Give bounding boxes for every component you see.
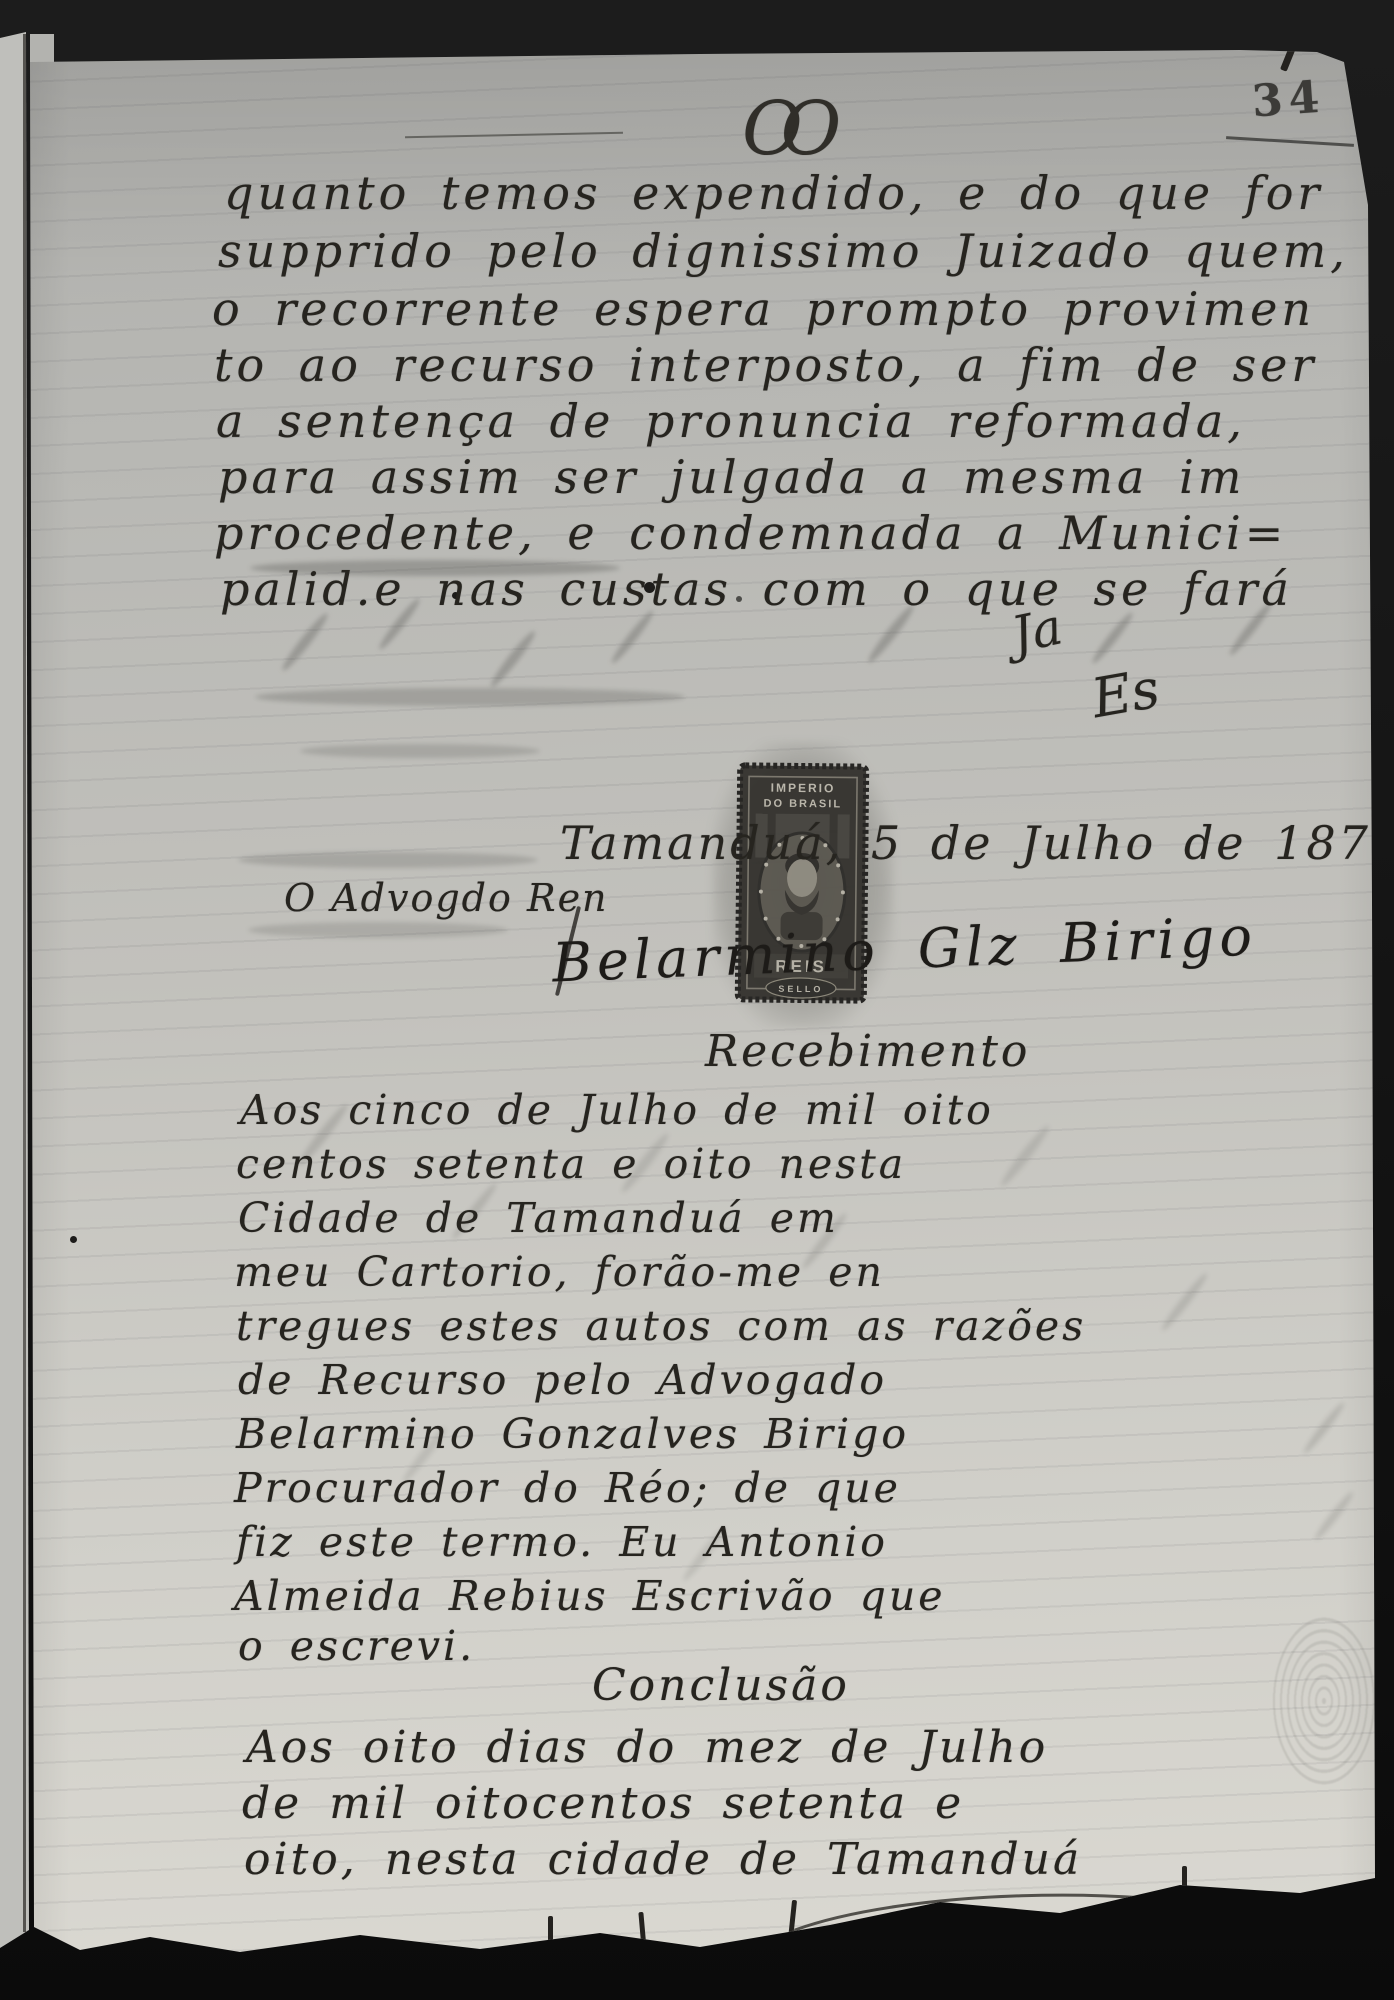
handwritten-line: procedente, e condemnada a Munici= bbox=[214, 506, 1287, 560]
page-number: 34 bbox=[1250, 72, 1327, 128]
handwritten-line: palid.e nas custas com o que se fará bbox=[220, 562, 1293, 616]
handwritten-line: Aos oito dias do mez de Julho bbox=[246, 1722, 1048, 1773]
stamp-header-text: IMPERIO bbox=[771, 781, 836, 796]
section-heading-conclusao: Conclusão bbox=[592, 1660, 850, 1711]
handwritten-line: supprido pelo dignissimo Juizado quem, bbox=[218, 224, 1349, 278]
signature: Belarmino Glz Birigo bbox=[551, 904, 1258, 994]
handwritten-line: de Recurso pelo Advogado bbox=[238, 1356, 887, 1404]
handwritten-line: to ao recurso interposto, a fim de ser bbox=[214, 338, 1317, 392]
ink-stroke bbox=[1280, 28, 1303, 71]
handwritten-line: Aos cinco de Julho de mil oito bbox=[240, 1086, 994, 1134]
page-fold-line bbox=[23, 34, 26, 1932]
bleedthrough-smudge bbox=[300, 744, 540, 758]
bleedthrough-smudge bbox=[1312, 1490, 1355, 1542]
handwritten-line: fiz este termo. Eu Antonio bbox=[236, 1518, 888, 1566]
handwritten-line: o recorrente espera prompto provimen bbox=[212, 282, 1315, 336]
handwritten-line: Cidade de Tamanduá em bbox=[238, 1194, 839, 1242]
document-page: 34 OO quanto temos expendido, e do que f… bbox=[0, 0, 1394, 2000]
handwritten-line: para assim ser julgada a mesma im bbox=[218, 450, 1245, 504]
dust-speck bbox=[70, 1236, 77, 1243]
bleedthrough-smudge bbox=[998, 1123, 1053, 1189]
handwritten-line: tregues estes autos com as razões bbox=[236, 1302, 1086, 1350]
closing-mark-es: Es bbox=[1087, 657, 1164, 731]
bleedthrough-smudge bbox=[279, 611, 331, 674]
bleedthrough-smudge bbox=[1089, 610, 1135, 666]
ink-stroke bbox=[638, 1912, 646, 1950]
handwritten-line: quanto temos expendido, e do que for bbox=[224, 166, 1323, 220]
bleedthrough-smudge bbox=[1301, 1400, 1347, 1455]
bleedthrough-smudge bbox=[255, 688, 685, 706]
handwritten-line: meu Cartorio, forão-me en bbox=[234, 1248, 885, 1296]
page-number-underline bbox=[1226, 136, 1354, 147]
handwritten-line: centos setenta e oito nesta bbox=[236, 1140, 906, 1188]
bleedthrough-smudge bbox=[609, 608, 657, 666]
stamp-header-text2: DO BRASIL bbox=[764, 798, 843, 811]
ink-stroke bbox=[548, 1916, 553, 1950]
opening-flourish: OO bbox=[742, 86, 819, 172]
paper-tab bbox=[30, 34, 54, 64]
bleedthrough-smudge bbox=[248, 922, 508, 938]
section-heading-recebimento: Recebimento bbox=[705, 1026, 1030, 1077]
advocate-line: O Advogdo Ren bbox=[284, 876, 609, 920]
handwritten-line: de mil oitocentos setenta e bbox=[242, 1778, 964, 1829]
dateline: Tamanduá, 5 de Julho de 1878 bbox=[560, 816, 1394, 870]
handwritten-line: Procurador do Réo; de que bbox=[234, 1464, 901, 1512]
bleedthrough-smudge bbox=[488, 628, 539, 689]
handwritten-line: o escrevi. bbox=[238, 1622, 475, 1670]
fingerprint-smudge bbox=[1272, 1616, 1376, 1786]
handwritten-line: a sentença de pronuncia reformada, bbox=[216, 394, 1246, 448]
bleedthrough-smudge bbox=[1159, 1271, 1210, 1333]
scanned-document: 34 OO quanto temos expendido, e do que f… bbox=[0, 0, 1394, 2000]
ink-dash bbox=[405, 132, 623, 139]
flourish-swash bbox=[755, 1872, 1295, 1992]
bleedthrough-smudge bbox=[238, 852, 538, 868]
handwritten-line: Belarmino Gonzalves Birigo bbox=[236, 1410, 909, 1458]
handwritten-line: Almeida Rebius Escrivão que bbox=[234, 1572, 946, 1620]
